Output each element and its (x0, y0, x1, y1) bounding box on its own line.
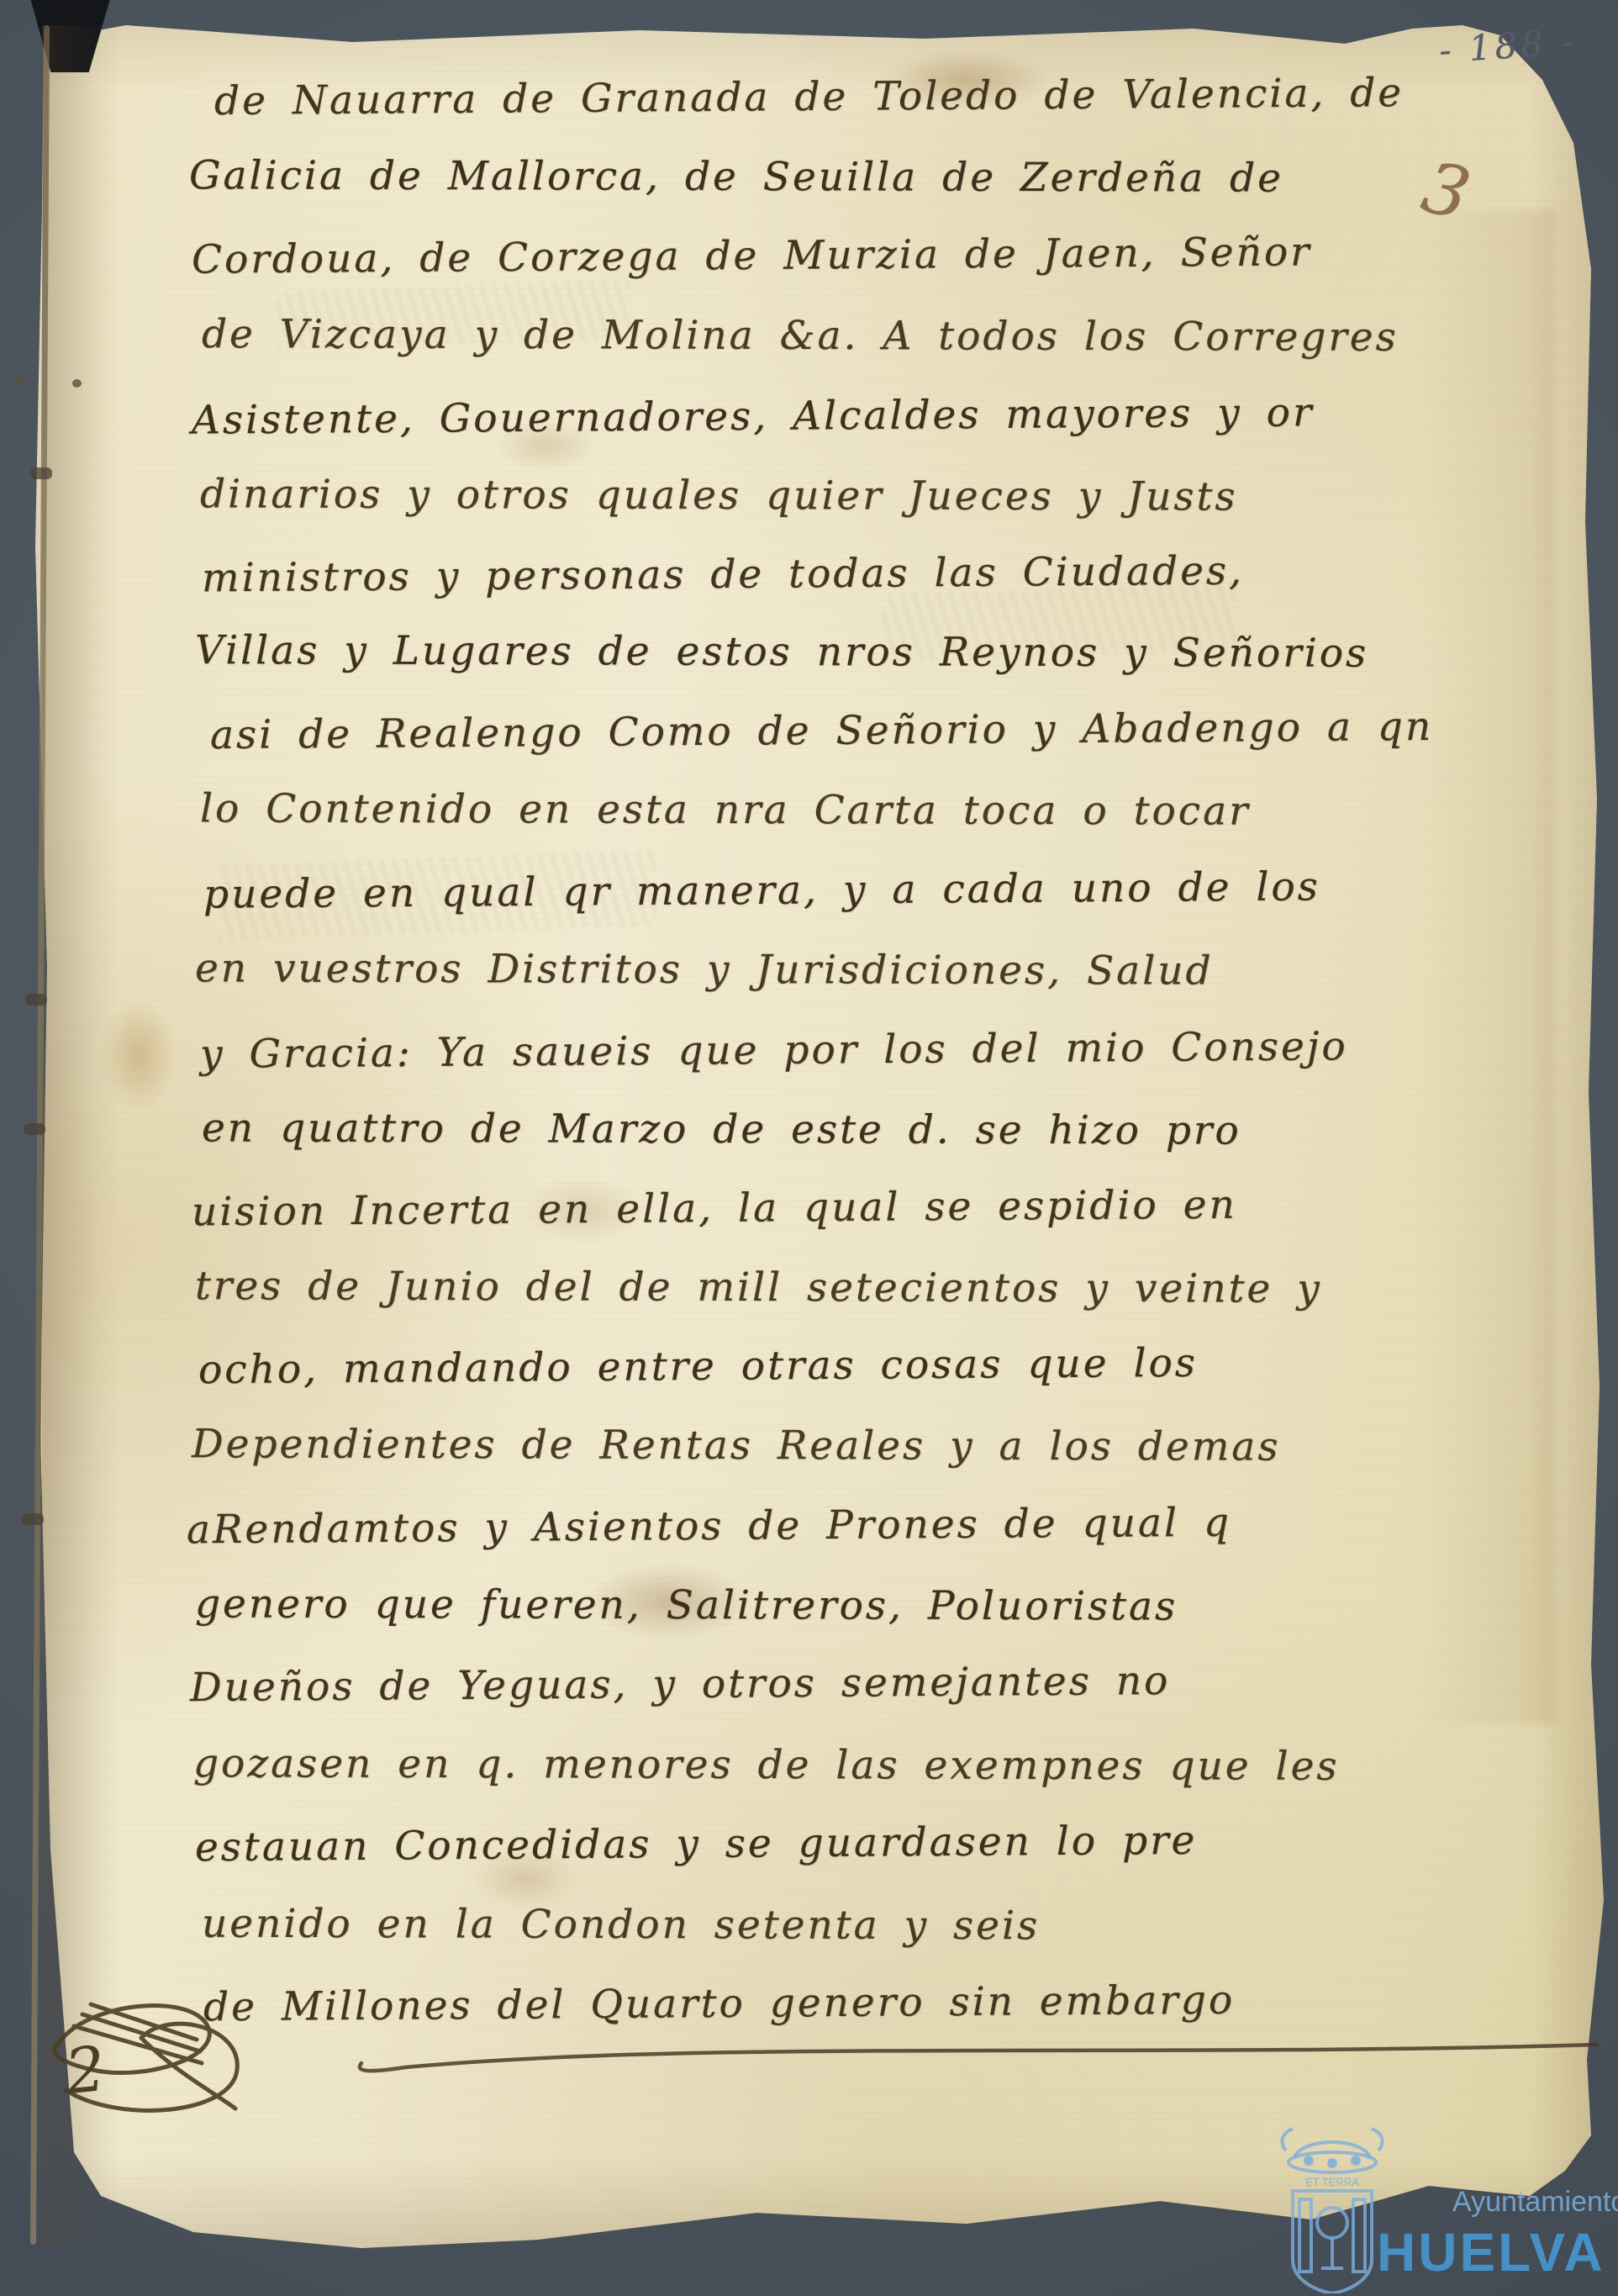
watermark-org-name: Ayuntamiento de (1452, 2186, 1618, 2219)
manuscript-line: de Millones del Quarto genero sin embarg… (203, 1977, 1236, 2031)
manuscript-line: de Vizcaya y de Molina &a. A todos los C… (202, 311, 1399, 361)
manuscript-line: uenido en la Condon setenta y seis (202, 1901, 1040, 1950)
watermark-city-name: HUELVA (1377, 2221, 1605, 2283)
manuscript-line: ministros y personas de todas las Ciudad… (202, 548, 1244, 602)
manuscript-line: genero que fueren, Salitreros, Poluorist… (195, 1581, 1178, 1629)
binding-stitch (22, 1513, 44, 1525)
manuscript-line: uision Incerta en ella, la qual se espid… (192, 1182, 1237, 1236)
manuscript-line: lo Contenido en esta nra Carta toca o to… (200, 785, 1251, 834)
manuscript-line: Dependientes de Rentas Reales y a los de… (192, 1421, 1281, 1470)
manuscript-line: estauan Concedidas y se guardasen lo pre (195, 1818, 1198, 1871)
manuscript-line: Dueños de Yeguas, y otros semejantes no (190, 1658, 1171, 1711)
gutter-shadow (42, 25, 134, 2245)
binding-stitch (24, 1123, 45, 1135)
page-number: - 188 - (1437, 20, 1577, 71)
manuscript-line: gozasen en q. menores de las exempnes qu… (193, 1740, 1340, 1790)
manuscript-line: asi de Realengo Como de Señorio y Abaden… (210, 704, 1434, 758)
manuscript-line: en vuestros Distritos y Jurisdiciones, S… (195, 945, 1214, 994)
manuscript-line: y Gracia: Ya saueis que por los del mio … (200, 1023, 1348, 1078)
manuscript-line: Cordoua, de Corzega de Murzia de Jaen, S… (192, 229, 1312, 282)
manuscript-line: Villas y Lugares de estos nros Reynos y … (195, 627, 1368, 677)
wormhole-dot (72, 379, 82, 388)
manuscript-line: puede en qual qr manera, y a cada uno de… (203, 863, 1320, 917)
manuscript-line: de Nauarra de Granada de Toledo de Valen… (214, 70, 1405, 124)
wormhole-dot (15, 377, 24, 385)
binding-stitch (30, 467, 52, 479)
binding-stitch (25, 994, 47, 1005)
manuscript-line: en quattro de Marzo de este d. se hizo p… (202, 1105, 1241, 1153)
manuscript-line: tres de Junio del de mill setecientos y … (195, 1263, 1322, 1312)
manuscript-line: Galicia de Mallorca, de Seuilla de Zerde… (189, 152, 1283, 201)
watermark-logo: ET TERRA Ayuntamiento de HUELVA (1261, 2102, 1618, 2296)
manuscript-line: dinarios y otros quales quier Jueces y J… (200, 471, 1238, 520)
underline-flourish (353, 2033, 1614, 2080)
manuscript-line: ocho, mandando entre otras cosas que los (198, 1340, 1198, 1393)
manuscript-line: aRendamtos y Asientos de Prones de qual … (187, 1500, 1231, 1554)
watermark-motto: ET TERRA (1305, 2176, 1359, 2188)
closing-numeral: 2 (62, 2033, 109, 2109)
archival-photo: - 188 - 3 de Nauarra de Granada de Toled… (0, 0, 1618, 2296)
manuscript-line: Asistente, Gouernadores, Alcaldes mayore… (192, 389, 1315, 443)
